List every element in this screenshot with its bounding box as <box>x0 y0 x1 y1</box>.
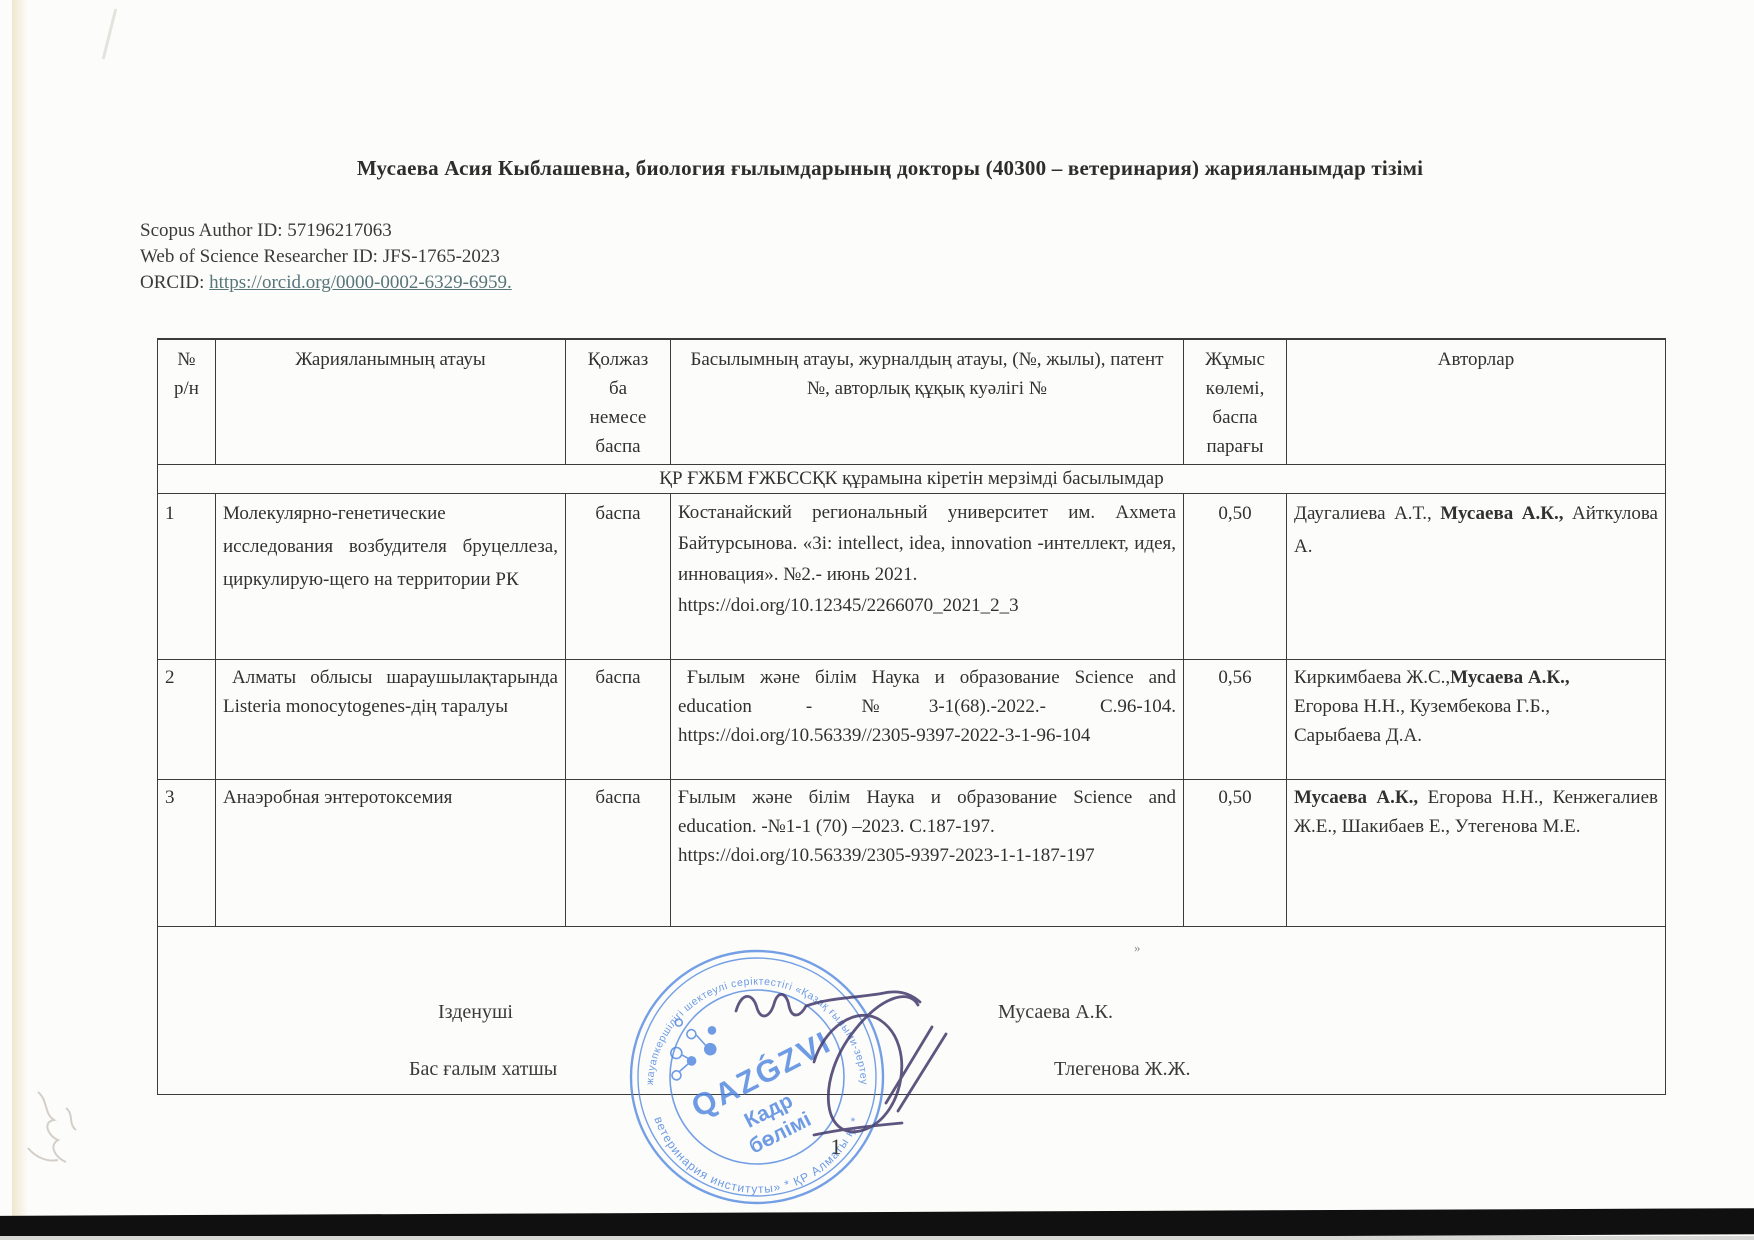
authors-highlight: Мусаева А.К., <box>1294 787 1418 808</box>
authors-highlight: Мусаева А.К., <box>1440 503 1563 524</box>
row-title: Молекулярно-генетические исследования во… <box>216 494 566 660</box>
row-num: 3 <box>158 780 216 927</box>
header-authors: Авторлар <box>1287 340 1666 465</box>
row-authors: Даугалиева А.Т., Мусаева А.К., Айткулова… <box>1287 494 1666 660</box>
page-number: 1 <box>806 1134 866 1160</box>
row-type: баспа <box>566 780 671 927</box>
row-type: баспа <box>566 494 671 660</box>
orcid-line: ORCID: https://orcid.org/0000-0002-6329-… <box>140 270 512 296</box>
authors-post: Егорова Н.Н., Кузембекова Г.Б., Сарыбаев… <box>1294 696 1550 746</box>
row-source: Костанайский региональный университет им… <box>671 494 1184 660</box>
wos-id-line: Web of Science Researcher ID: JFS-1765-2… <box>140 244 512 270</box>
header-type: Қолжаз ба немесе баспа <box>566 340 671 465</box>
signature-name-secretary: Тлегенова Ж.Ж. <box>1054 1058 1191 1081</box>
signature-block: Ізденуші Мусаева А.К. Бас ғалым хатшы Тл… <box>158 927 1666 1095</box>
publications-table: № р/н Жарияланымның атауы Қолжаз ба неме… <box>157 338 1666 1095</box>
pencil-smudge <box>18 1078 198 1198</box>
orcid-link[interactable]: https://orcid.org/0000-0002-6329-6959. <box>209 272 512 293</box>
orcid-label: ORCID: <box>140 272 204 293</box>
authors-pre: Киркимбаева Ж.С., <box>1294 667 1450 688</box>
signature-name-applicant: Мусаева А.К. <box>998 1001 1113 1024</box>
row-title: Алматы облысы шараушылақтарында Listeria… <box>216 660 566 780</box>
stray-mark: » <box>1134 940 1141 956</box>
document-title: Мусаева Асия Кыблашевна, биология ғылымд… <box>140 156 1640 181</box>
row-authors: Мусаева А.К., Егорова Н.Н., Кенжегалиев … <box>1287 780 1666 927</box>
stamp-dept-line2: бөлімі <box>745 1108 815 1159</box>
row-volume: 0,50 <box>1184 780 1287 927</box>
scan-page: Мусаева Асия Кыблашевна, биология ғылымд… <box>0 0 1754 1240</box>
stamp-dept-line1: Кадр <box>741 1089 797 1133</box>
header-title: Жарияланымның атауы <box>216 340 566 465</box>
row-authors: Киркимбаева Ж.С.,Мусаева А.К., Егорова Н… <box>1287 660 1666 780</box>
author-id-block: Scopus Author ID: 57196217063 Web of Sci… <box>140 218 512 296</box>
header-volume: Жұмыс көлемі, баспа парағы <box>1184 340 1287 465</box>
row-source: Ғылым және білім Наука и образование Sci… <box>671 780 1184 927</box>
signature-role-applicant: Ізденуші <box>438 1001 513 1024</box>
row-type: баспа <box>566 660 671 780</box>
row-source: Ғылым және білім Наука и образование Sci… <box>671 660 1184 780</box>
row-num: 1 <box>158 494 216 660</box>
scopus-id-line: Scopus Author ID: 57196217063 <box>140 218 512 244</box>
authors-highlight: Мусаева А.К., <box>1450 667 1569 688</box>
scanner-edge-under <box>0 1236 1754 1240</box>
row-volume: 0,56 <box>1184 660 1287 780</box>
row-num: 2 <box>158 660 216 780</box>
row-title: Анаэробная энтеротоксемия <box>216 780 566 927</box>
scan-edge-tint <box>12 0 28 1240</box>
authors-pre: Даугалиева А.Т., <box>1294 503 1440 524</box>
scan-smudge-top <box>102 8 117 59</box>
header-num: № р/н <box>158 340 216 465</box>
signature-role-secretary: Бас ғалым хатшы <box>409 1058 557 1081</box>
table-section-title: ҚР ҒЖБМ ҒЖБССҚК құрамына кіретін мерзімд… <box>158 465 1666 494</box>
header-source: Басылымның атауы, журналдың атауы, (№, ж… <box>671 340 1184 465</box>
row-volume: 0,50 <box>1184 494 1287 660</box>
